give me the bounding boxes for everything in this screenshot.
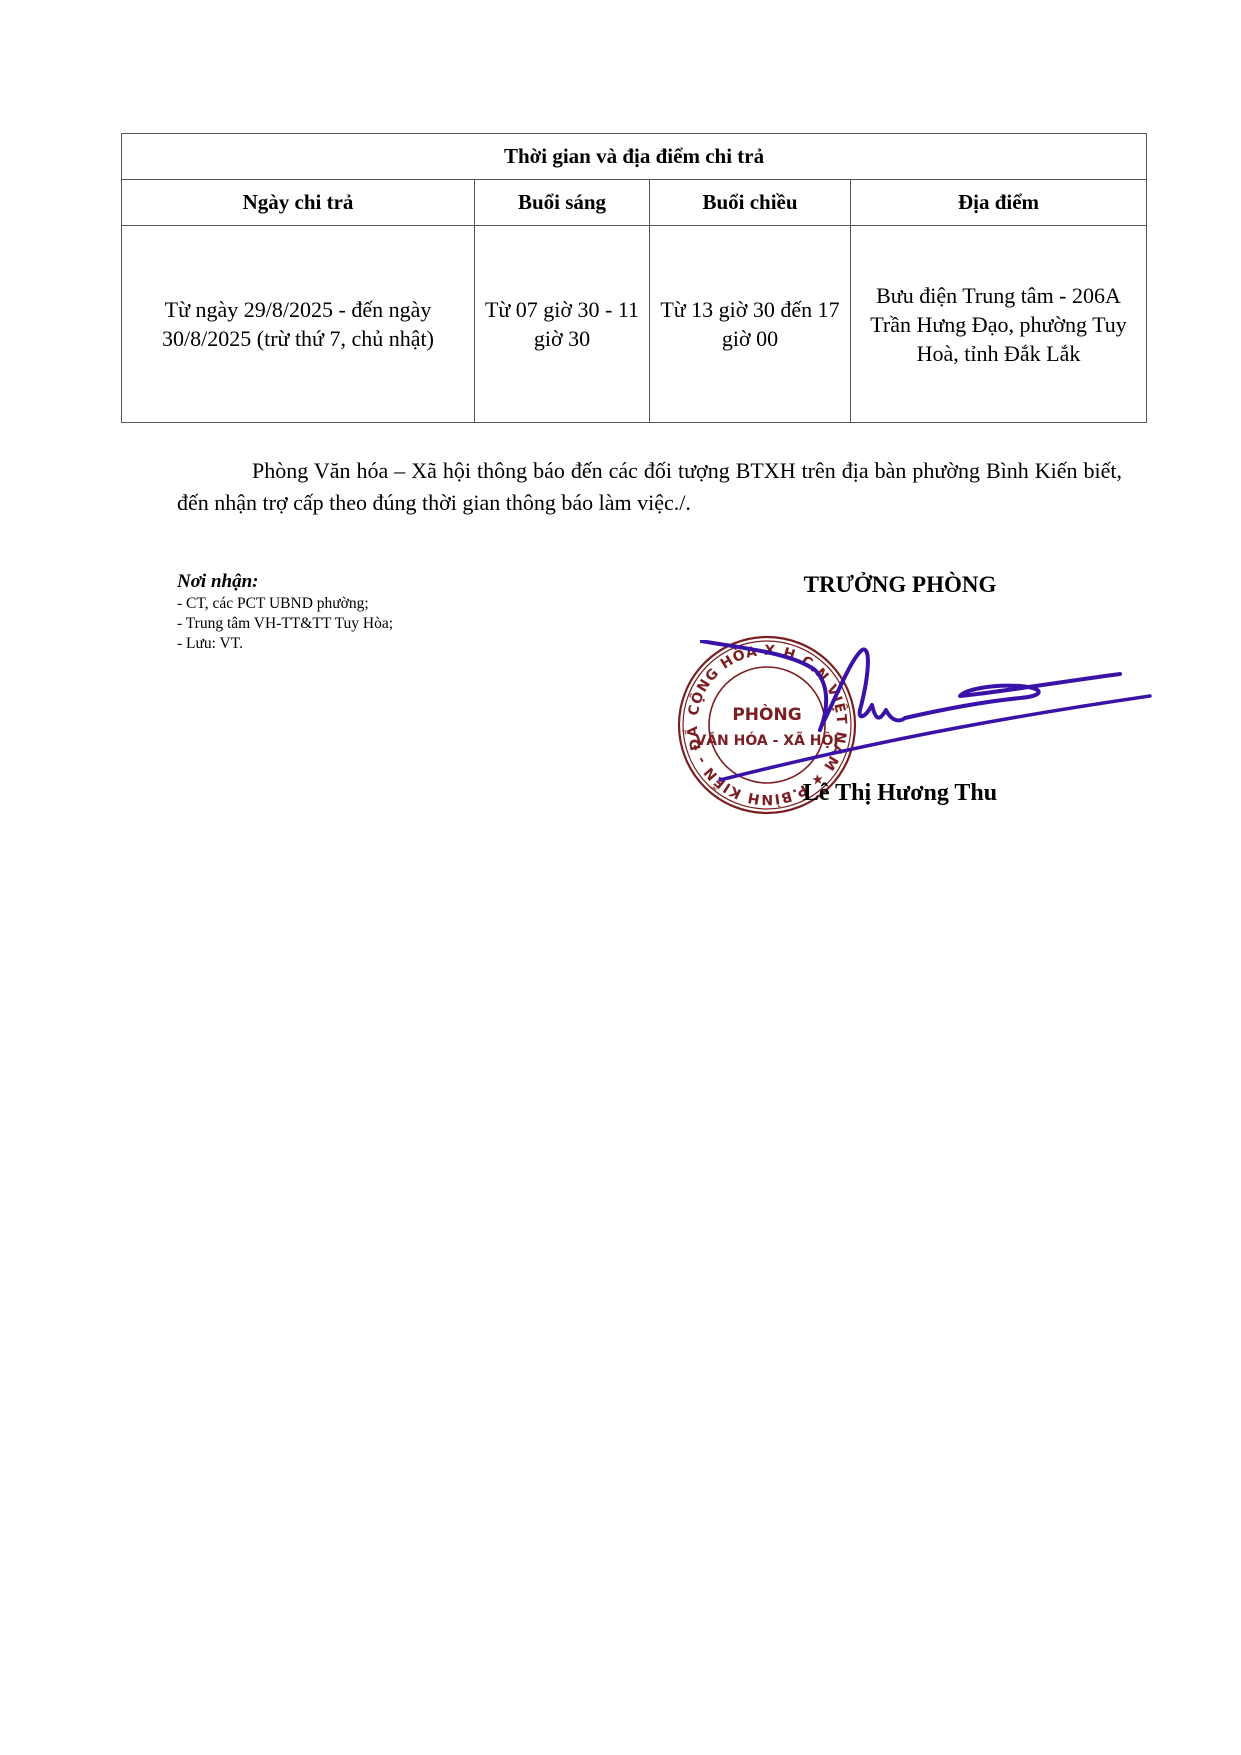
recipient-item: - CT, các PCT UBND phường; bbox=[177, 594, 393, 614]
signer-name: Lê Thị Hương Thu bbox=[740, 780, 1060, 807]
cell-location: Bưu điện Trung tâm - 206A Trần Hưng Đạo,… bbox=[851, 226, 1147, 423]
table-title: Thời gian và địa điểm chi trả bbox=[122, 134, 1147, 180]
recipient-item: - Trung tâm VH-TT&TT Tuy Hòa; bbox=[177, 614, 393, 634]
signer-title: TRƯỞNG PHÒNG bbox=[740, 572, 1060, 598]
notice-paragraph: Phòng Văn hóa – Xã hội thông báo đến các… bbox=[177, 455, 1122, 519]
header-location: Địa điểm bbox=[851, 180, 1147, 226]
header-payment-date: Ngày chi trả bbox=[122, 180, 475, 226]
payment-schedule-table: Thời gian và địa điểm chi trả Ngày chi t… bbox=[121, 133, 1147, 423]
recipients-block: Nơi nhận: - CT, các PCT UBND phường; - T… bbox=[177, 570, 393, 654]
cell-afternoon: Từ 13 giờ 30 đến 17 giờ 00 bbox=[650, 226, 851, 423]
recipient-item: - Lưu: VT. bbox=[177, 634, 393, 654]
cell-morning: Từ 07 giờ 30 - 11 giờ 30 bbox=[475, 226, 650, 423]
cell-payment-date: Từ ngày 29/8/2025 - đến ngày 30/8/2025 (… bbox=[122, 226, 475, 423]
header-morning: Buổi sáng bbox=[475, 180, 650, 226]
handwritten-signature-icon bbox=[700, 640, 1170, 790]
table-row: Từ ngày 29/8/2025 - đến ngày 30/8/2025 (… bbox=[122, 226, 1147, 423]
recipients-title: Nơi nhận: bbox=[177, 570, 393, 594]
header-afternoon: Buổi chiều bbox=[650, 180, 851, 226]
